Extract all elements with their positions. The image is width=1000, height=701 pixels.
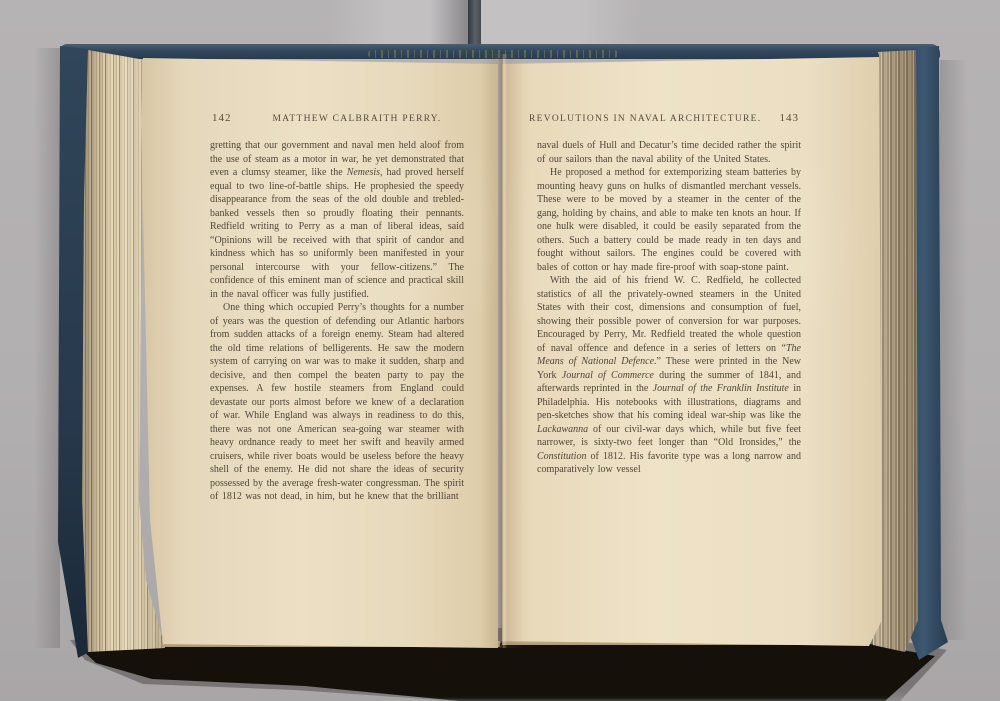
right-running-header: REVOLUTIONS IN NAVAL ARCHITECTURE. — [529, 114, 761, 124]
paragraph: He proposed a method for extemporizing s… — [537, 166, 801, 274]
paragraph: gretting that our government and naval m… — [210, 139, 464, 301]
paragraph: One thing which occupied Perry’s thought… — [210, 301, 464, 504]
right-page-body: naval duels of Hull and Decatur’s time d… — [537, 139, 801, 477]
right-page-header-row: REVOLUTIONS IN NAVAL ARCHITECTURE. 143 — [537, 112, 801, 127]
left-page-header-row: 142 MATTHEW CALBRAITH PERRY. — [210, 112, 464, 127]
left-page-body: gretting that our government and naval m… — [210, 139, 464, 504]
cast-shadow-left — [34, 48, 60, 648]
paragraph: naval duels of Hull and Decatur’s time d… — [537, 139, 801, 166]
left-page-text: 142 MATTHEW CALBRAITH PERRY. gretting th… — [210, 112, 464, 504]
cast-shadow-right — [940, 60, 968, 640]
right-page-text: REVOLUTIONS IN NAVAL ARCHITECTURE. 143 n… — [537, 112, 801, 477]
paragraph: With the aid of his friend W. C. Redfiel… — [537, 274, 801, 477]
left-page-number: 142 — [212, 112, 232, 124]
page-gutter — [480, 54, 524, 648]
left-running-header: MATTHEW CALBRAITH PERRY. — [244, 114, 470, 124]
book-photo: 142 MATTHEW CALBRAITH PERRY. gretting th… — [0, 0, 1000, 701]
right-page-number: 143 — [780, 112, 800, 124]
